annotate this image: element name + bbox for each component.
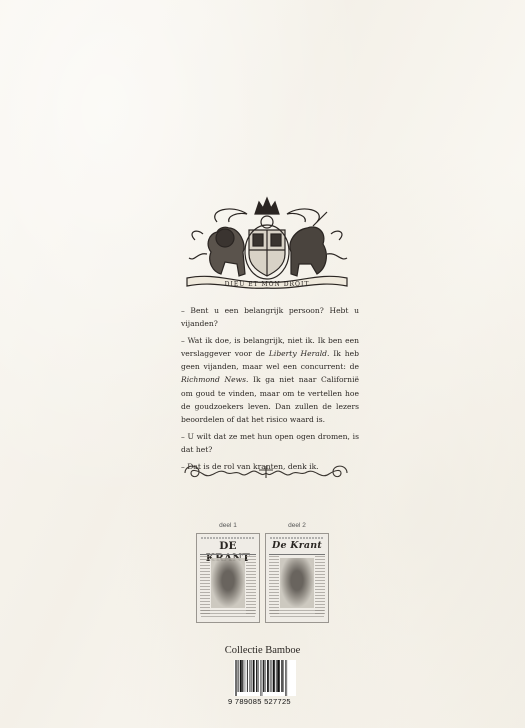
dialogue-line-3: – U wilt dat ze met hun open ogen dromen… [181,430,359,456]
dialogue-line-2: – Wat ik doe, is belangrijk, niet ik. Ik… [181,334,359,426]
volume-2-illustration [280,558,314,608]
volume-1[interactable]: deel 1 DE KRANT [196,521,260,623]
isbn-barcode: 9 789085 527725 [228,660,300,706]
dialogue-text: – Bent u een belangrijk persoon? Hebt u … [181,304,359,477]
collection-name: Collectie Bamboe [0,645,525,656]
volume-1-cover[interactable]: DE KRANT [196,533,260,623]
volume-2-label: deel 2 [265,521,329,531]
dialogue-line-1: – Bent u een belangrijk persoon? Hebt u … [181,304,359,330]
coat-of-arms-icon: DIEU ET MON DROIT [177,192,357,292]
volume-2[interactable]: deel 2 De Krant [265,521,329,623]
isbn-digits: 9 789085 527725 [228,697,300,706]
volume-1-illustration [211,558,245,608]
volume-1-masthead: DE KRANT [200,540,256,552]
ornamental-flourish-icon [181,460,351,486]
volume-1-label: deel 1 [196,521,260,531]
volume-2-masthead: De Krant [269,540,325,552]
barcode-icon [234,660,296,696]
volume-2-cover[interactable]: De Krant [265,533,329,623]
svg-text:DIEU ET MON DROIT: DIEU ET MON DROIT [225,281,310,288]
